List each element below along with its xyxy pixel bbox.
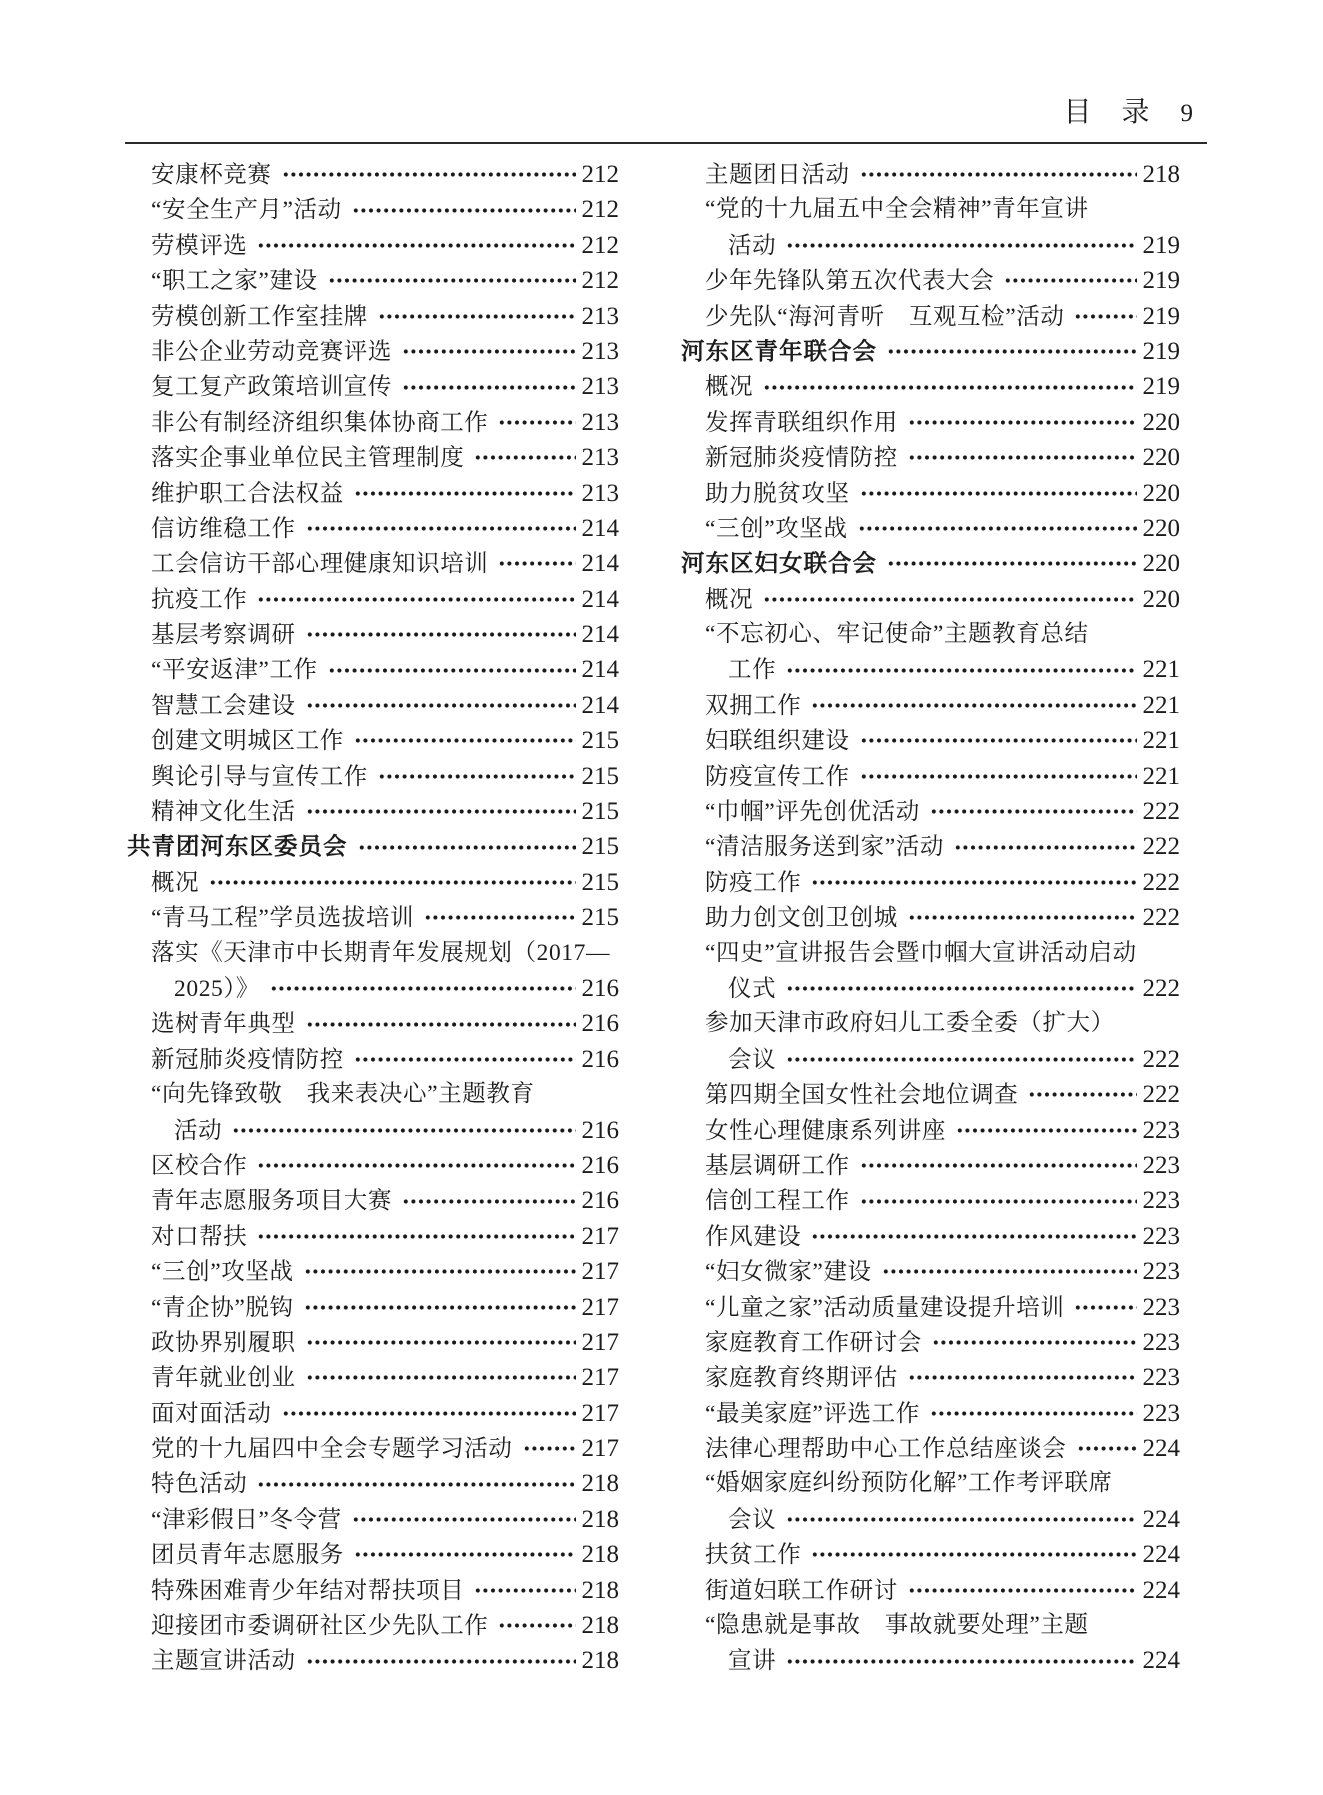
toc-entry-row: 第四期全国女性社会地位调查222 (681, 1077, 1180, 1112)
toc-entry-page-number: 218 (1143, 157, 1181, 192)
toc-entry-page-number: 216 (582, 1113, 620, 1148)
toc-entry-page-number: 222 (1143, 794, 1181, 829)
toc-entry-title: “青马工程”学员选拔培训 (151, 901, 414, 936)
dot-leader (786, 1515, 1136, 1524)
dot-leader (306, 701, 576, 710)
toc-entry-page-number: 223 (1143, 1183, 1181, 1218)
toc-entry-page-number: 223 (1143, 1148, 1181, 1183)
toc-entry-row: 劳模评选212 (127, 228, 619, 263)
toc-entry-title: 共青团河东区委员会 (127, 830, 348, 865)
toc-entry-title: 河东区妇女联合会 (681, 547, 877, 582)
toc-entry-page-number: 221 (1143, 759, 1181, 794)
toc-entry-row: “儿童之家”活动质量建设提升培训223 (681, 1290, 1180, 1325)
dot-leader (887, 559, 1137, 568)
dot-leader (763, 595, 1136, 604)
toc-entry-row: “最美家庭”评选工作223 (681, 1396, 1180, 1431)
dot-leader (306, 630, 576, 639)
toc-entry-title: 女性心理健康系列讲座 (705, 1114, 946, 1149)
toc-right-column: 主题团日活动218“党的十九届五中全会精神”青年宣讲活动219少年先锋队第五次代… (681, 157, 1180, 1679)
toc-entry-page-number: 215 (582, 829, 620, 864)
dot-leader (257, 241, 575, 250)
toc-entry-title: 会议 (728, 1503, 776, 1538)
toc-entry-title: 基层调研工作 (705, 1149, 850, 1184)
toc-entry-title: 街道妇联工作研讨 (705, 1574, 898, 1609)
toc-entry-title: 概况 (705, 370, 753, 405)
toc-entry-title: 非公企业劳动竞赛评选 (151, 335, 392, 370)
toc-entry-title: 双拥工作 (705, 689, 801, 724)
toc-entry-page-number: 213 (582, 440, 620, 475)
toc-entry-title: 家庭教育工作研讨会 (705, 1326, 922, 1361)
toc-entry-page-number: 217 (582, 1219, 620, 1254)
toc-entry-page-number: 221 (1143, 723, 1181, 758)
dot-leader (257, 1232, 575, 1241)
dot-leader (424, 913, 575, 922)
toc-entry-title: 舆论引导与宣传工作 (151, 760, 368, 795)
toc-entry-page-number: 215 (582, 759, 620, 794)
toc-entry-title: 活动 (174, 1114, 222, 1149)
dot-leader (474, 1586, 575, 1595)
running-header: 目 录 9 (1063, 90, 1193, 130)
toc-entry-row: 创建文明城区工作215 (127, 723, 619, 758)
toc-entry-page-number: 216 (582, 1148, 620, 1183)
toc-entry-page-number: 220 (1143, 546, 1181, 581)
dot-leader (378, 312, 576, 321)
toc-entry-row: 双拥工作221 (681, 688, 1180, 723)
toc-entry-row: 概况220 (681, 582, 1180, 617)
toc-entry-page-number: 216 (582, 1006, 620, 1041)
dot-leader (811, 701, 1136, 710)
dot-leader (858, 524, 1137, 533)
toc-entry-row: 宣讲224 (681, 1643, 1180, 1678)
toc-entry-row: 主题宣讲活动218 (127, 1643, 619, 1678)
toc-entry-title: 非公有制经济组织集体协商工作 (151, 406, 488, 441)
dot-leader (954, 843, 1137, 852)
dot-leader (358, 843, 576, 852)
dot-leader (1077, 1444, 1137, 1453)
toc-entry-page-number: 219 (1143, 369, 1181, 404)
toc-entry-row: 仪式222 (681, 971, 1180, 1006)
toc-entry-title: 助力脱贫攻坚 (705, 477, 850, 512)
toc-entry-row: “向先锋致敬 我来表决心”主题教育 (127, 1077, 619, 1112)
toc-entry-page-number: 215 (582, 794, 620, 829)
dot-leader (887, 347, 1137, 356)
dot-leader (908, 1586, 1137, 1595)
toc-entry-page-number: 224 (1143, 1573, 1181, 1608)
toc-entry-row: 活动216 (127, 1113, 619, 1148)
header-page-number: 9 (1181, 100, 1194, 128)
toc-entry-row: “三创”攻坚战220 (681, 511, 1180, 546)
toc-entry-title: 复工复产政策培训宣传 (151, 370, 392, 405)
toc-entry-row: 对口帮扶217 (127, 1219, 619, 1254)
toc-entry-title: 主题宣讲活动 (151, 1644, 296, 1679)
dot-leader (811, 1232, 1136, 1241)
toc-entry-page-number: 217 (582, 1431, 620, 1466)
dot-leader (1074, 312, 1136, 321)
toc-entry-title: 概况 (151, 866, 199, 901)
toc-entry-page-number: 223 (1143, 1360, 1181, 1395)
toc-entry-page-number: 223 (1143, 1254, 1181, 1289)
toc-entry-row: 女性心理健康系列讲座223 (681, 1113, 1180, 1148)
toc-entry-page-number: 217 (582, 1396, 620, 1431)
toc-entry-title: 抗疫工作 (151, 583, 247, 618)
toc-entry-title: “三创”攻坚战 (705, 512, 848, 547)
dot-leader (257, 1480, 575, 1489)
toc-entry-page-number: 220 (1143, 582, 1181, 617)
dot-leader (352, 206, 576, 215)
toc-entry-row: 非公有制经济组织集体协商工作213 (127, 405, 619, 440)
toc-entry-row: 会议224 (681, 1502, 1180, 1537)
toc-entry-row: 迎接团市委调研社区少先队工作218 (127, 1608, 619, 1643)
toc-entry-page-number: 224 (1143, 1431, 1181, 1466)
dot-leader (402, 1197, 576, 1206)
toc-entry-row: 安康杯竞赛212 (127, 157, 619, 192)
toc-entry-row: 新冠肺炎疫情防控216 (127, 1042, 619, 1077)
toc-entry-row: 基层考察调研214 (127, 617, 619, 652)
dot-leader (282, 170, 576, 179)
toc-entry-row: 舆论引导与宣传工作215 (127, 759, 619, 794)
dot-leader (328, 276, 576, 285)
toc-entry-title: 劳模评选 (151, 229, 247, 264)
toc-entry-page-number: 213 (582, 476, 620, 511)
toc-entry-page-number: 218 (582, 1573, 620, 1608)
toc-entry-row: “青企协”脱钩217 (127, 1290, 619, 1325)
toc-entry-page-number: 216 (582, 971, 620, 1006)
toc-entry-title: 工作 (728, 653, 776, 688)
toc-entry-title: “巾帼”评先创优活动 (705, 795, 920, 830)
toc-entry-title: 新冠肺炎疫情防控 (151, 1043, 344, 1078)
toc-entry-page-number: 216 (582, 1183, 620, 1218)
toc-entry-title: 助力创文创卫创城 (705, 901, 898, 936)
toc-entry-title: 河东区青年联合会 (681, 335, 877, 370)
dot-leader (306, 1338, 576, 1347)
dot-leader (860, 1197, 1137, 1206)
dot-leader (498, 1621, 575, 1630)
toc-entry-row: 青年志愿服务项目大赛216 (127, 1183, 619, 1218)
toc-entry-title: 党的十九届四中全会专题学习活动 (151, 1432, 513, 1467)
dot-leader (306, 807, 576, 816)
dot-leader (860, 772, 1137, 781)
toc-entry-title: 参加天津市政府妇儿工委全委（扩大） (705, 1006, 1115, 1041)
toc-entry-row: 政协界别履职217 (127, 1325, 619, 1360)
toc-entry-title: 基层考察调研 (151, 618, 296, 653)
dot-leader (763, 383, 1136, 392)
dot-leader (498, 559, 575, 568)
dot-leader (282, 1409, 576, 1418)
toc-entry-row: 妇联组织建设221 (681, 723, 1180, 758)
toc-entry-title: 政协界别履职 (151, 1326, 296, 1361)
toc-entry-page-number: 217 (582, 1254, 620, 1289)
toc-entry-page-number: 220 (1143, 440, 1181, 475)
dot-leader (930, 1409, 1137, 1418)
toc-entry-row: 信访维稳工作214 (127, 511, 619, 546)
toc-entry-title: “党的十九届五中全会精神”青年宣讲 (705, 192, 1089, 227)
toc-entry-title: 宣讲 (728, 1644, 776, 1679)
toc-entry-title: 妇联组织建设 (705, 724, 850, 759)
dot-leader (860, 736, 1137, 745)
toc-entry-page-number: 214 (582, 688, 620, 723)
toc-entry-page-number: 213 (582, 334, 620, 369)
toc-entry-page-number: 217 (582, 1290, 620, 1325)
toc-entry-title: 工会信访干部心理健康知识培训 (151, 547, 488, 582)
toc-entry-title: “职工之家”建设 (151, 264, 318, 299)
toc-entry-page-number: 212 (582, 157, 620, 192)
toc-entry-title: “三创”攻坚战 (151, 1255, 294, 1290)
toc-entry-page-number: 221 (1143, 652, 1181, 687)
dot-leader (908, 418, 1137, 427)
toc-entry-row: “巾帼”评先创优活动222 (681, 794, 1180, 829)
toc-entry-page-number: 212 (582, 228, 620, 263)
toc-entry-page-number: 218 (582, 1608, 620, 1643)
dot-leader (306, 1020, 576, 1029)
toc-entry-row: 助力脱贫攻坚220 (681, 476, 1180, 511)
toc-entry-page-number: 219 (1143, 263, 1181, 298)
toc-entry-row: 助力创文创卫创城222 (681, 900, 1180, 935)
toc-entry-row: “安全生产月”活动212 (127, 192, 619, 227)
toc-entry-row: 主题团日活动218 (681, 157, 1180, 192)
dot-leader (930, 807, 1137, 816)
toc-entry-page-number: 223 (1143, 1290, 1181, 1325)
toc-entry-page-number: 216 (582, 1042, 620, 1077)
header-title: 目 录 (1063, 90, 1150, 130)
dot-leader (786, 984, 1136, 993)
toc-entry-row: 2025）》216 (127, 971, 619, 1006)
toc-entry-title: 劳模创新工作室挂牌 (151, 300, 368, 335)
dot-leader (786, 1055, 1136, 1064)
dot-leader (498, 418, 575, 427)
toc-entry-title: “清洁服务送到家”活动 (705, 830, 944, 865)
toc-entry-title: 防疫宣传工作 (705, 760, 850, 795)
toc-entry-page-number: 218 (582, 1537, 620, 1572)
toc-entry-title: 对口帮扶 (151, 1220, 247, 1255)
toc-entry-title: “不忘初心、牢记使命”主题教育总结 (705, 617, 1089, 652)
toc-entry-title: 区校合作 (151, 1149, 247, 1184)
toc-entry-title: 2025）》 (174, 972, 260, 1007)
toc-entry-page-number: 217 (582, 1360, 620, 1395)
toc-entry-row: 智慧工会建设214 (127, 688, 619, 723)
toc-entry-title: 少年先锋队第五次代表大会 (705, 264, 994, 299)
toc-entry-row: 参加天津市政府妇儿工委全委（扩大） (681, 1006, 1180, 1041)
dot-leader (306, 524, 576, 533)
toc-entry-row: 工作221 (681, 652, 1180, 687)
toc-entry-page-number: 219 (1143, 334, 1181, 369)
toc-entry-page-number: 215 (582, 723, 620, 758)
dot-leader (354, 1055, 576, 1064)
dot-leader (474, 453, 575, 462)
toc-entry-row: 工会信访干部心理健康知识培训214 (127, 546, 619, 581)
toc-entry-row: 劳模创新工作室挂牌213 (127, 299, 619, 334)
toc-entry-page-number: 220 (1143, 476, 1181, 511)
toc-entry-page-number: 212 (582, 263, 620, 298)
toc-entry-title: 防疫工作 (705, 866, 801, 901)
toc-entry-page-number: 222 (1143, 829, 1181, 864)
toc-entry-page-number: 214 (582, 617, 620, 652)
toc-entry-row: 抗疫工作214 (127, 582, 619, 617)
toc-entry-title: 作风建设 (705, 1220, 801, 1255)
toc-entry-title: 创建文明城区工作 (151, 724, 344, 759)
toc-entry-title: “津彩假日”冬令营 (151, 1503, 342, 1538)
dot-leader (908, 453, 1137, 462)
toc-entry-title: 落实《天津市中长期青年发展规划（2017— (151, 936, 610, 971)
toc-entry-title: 特色活动 (151, 1467, 247, 1502)
dot-leader (306, 1373, 576, 1382)
toc-entry-row: 扶贫工作224 (681, 1537, 1180, 1572)
toc-entry-page-number: 212 (582, 192, 620, 227)
dot-leader (354, 1550, 576, 1559)
toc-entry-page-number: 213 (582, 369, 620, 404)
toc-entry-title: 家庭教育终期评估 (705, 1361, 898, 1396)
toc-entry-row: “不忘初心、牢记使命”主题教育总结 (681, 617, 1180, 652)
dot-leader (306, 1657, 576, 1666)
toc-left-column: 安康杯竞赛212“安全生产月”活动212劳模评选212“职工之家”建设212劳模… (127, 157, 619, 1679)
toc-section-row: 河东区妇女联合会220 (681, 546, 1180, 581)
toc-section-row: 河东区青年联合会219 (681, 334, 1180, 369)
toc-entry-row: 发挥青联组织作用220 (681, 405, 1180, 440)
dot-leader (882, 1267, 1137, 1276)
dot-leader (232, 1126, 575, 1135)
toc-entry-title: 概况 (705, 583, 753, 618)
toc-entry-row: 少先队“海河青听 互观互检”活动219 (681, 299, 1180, 334)
toc-entry-page-number: 221 (1143, 688, 1181, 723)
toc-entry-title: “向先锋致敬 我来表决心”主题教育 (151, 1077, 535, 1112)
toc-entry-page-number: 214 (582, 546, 620, 581)
toc-entry-page-number: 217 (582, 1325, 620, 1360)
toc-entry-row: 概况215 (127, 865, 619, 900)
toc-entry-page-number: 218 (582, 1502, 620, 1537)
toc-entry-title: 扶贫工作 (705, 1538, 801, 1573)
dot-leader (378, 772, 576, 781)
dot-leader (304, 1303, 576, 1312)
toc-entry-row: 少年先锋队第五次代表大会219 (681, 263, 1180, 298)
dot-leader (257, 595, 575, 604)
dot-leader (956, 1126, 1137, 1135)
toc-entry-row: 落实《天津市中长期青年发展规划（2017— (127, 936, 619, 971)
toc-entry-row: 面对面活动217 (127, 1396, 619, 1431)
toc-entry-title: 维护职工合法权益 (151, 477, 344, 512)
dot-leader (270, 984, 576, 993)
toc-entry-row: 团员青年志愿服务218 (127, 1537, 619, 1572)
toc-entry-row: 基层调研工作223 (681, 1148, 1180, 1183)
toc-entry-row: 特色活动218 (127, 1466, 619, 1501)
toc-entry-page-number: 213 (582, 299, 620, 334)
dot-leader (352, 1515, 576, 1524)
toc-entry-title: 法律心理帮助中心工作总结座谈会 (705, 1432, 1067, 1467)
toc-entry-title: “最美家庭”评选工作 (705, 1397, 920, 1432)
toc-entry-row: 特殊困难青少年结对帮扶项目218 (127, 1573, 619, 1608)
toc-entry-title: “平安返津”工作 (151, 653, 318, 688)
dot-leader (523, 1444, 576, 1453)
toc-entry-page-number: 222 (1143, 865, 1181, 900)
toc-entry-row: 党的十九届四中全会专题学习活动217 (127, 1431, 619, 1466)
toc-entry-row: “青马工程”学员选拔培训215 (127, 900, 619, 935)
toc-entry-page-number: 215 (582, 900, 620, 935)
toc-entry-page-number: 224 (1143, 1502, 1181, 1537)
toc-entry-row: 家庭教育工作研讨会223 (681, 1325, 1180, 1360)
toc-entry-page-number: 218 (582, 1466, 620, 1501)
toc-entry-row: “三创”攻坚战217 (127, 1254, 619, 1289)
dot-leader (932, 1338, 1137, 1347)
toc-entry-title: “青企协”脱钩 (151, 1291, 294, 1326)
toc-entry-title: 智慧工会建设 (151, 689, 296, 724)
toc-entry-row: 活动219 (681, 228, 1180, 263)
toc-entry-row: 青年就业创业217 (127, 1360, 619, 1395)
dot-leader (811, 1550, 1136, 1559)
toc-entry-title: 活动 (728, 229, 776, 264)
dot-leader (786, 666, 1136, 675)
toc-entry-row: 信创工程工作223 (681, 1183, 1180, 1218)
toc-entry-row: “清洁服务送到家”活动222 (681, 829, 1180, 864)
toc-entry-page-number: 222 (1143, 900, 1181, 935)
toc-entry-page-number: 220 (1143, 511, 1181, 546)
toc-entry-row: 家庭教育终期评估223 (681, 1360, 1180, 1395)
toc-entry-row: 新冠肺炎疫情防控220 (681, 440, 1180, 475)
toc-entry-title: 信访维稳工作 (151, 512, 296, 547)
toc-entry-row: “职工之家”建设212 (127, 263, 619, 298)
toc-entry-row: 精神文化生活215 (127, 794, 619, 829)
toc-entry-row: “平安返津”工作214 (127, 652, 619, 687)
dot-leader (860, 1161, 1137, 1170)
toc-entry-page-number: 218 (582, 1643, 620, 1678)
toc-entry-title: 安康杯竞赛 (151, 158, 272, 193)
toc-entry-row: 复工复产政策培训宣传213 (127, 369, 619, 404)
toc-entry-title: “儿童之家”活动质量建设提升培训 (705, 1291, 1064, 1326)
toc-entry-page-number: 223 (1143, 1113, 1181, 1148)
toc-entry-title: 选树青年典型 (151, 1007, 296, 1042)
dot-leader (811, 878, 1136, 887)
toc-entry-row: 选树青年典型216 (127, 1006, 619, 1041)
header-rule (125, 142, 1207, 144)
toc-entry-title: 特殊困难青少年结对帮扶项目 (151, 1574, 464, 1609)
toc-entry-page-number: 224 (1143, 1537, 1181, 1572)
toc-entry-row: 非公企业劳动竞赛评选213 (127, 334, 619, 369)
toc-entry-title: “安全生产月”活动 (151, 193, 342, 228)
toc-entry-title: 少先队“海河青听 互观互检”活动 (705, 300, 1064, 335)
dot-leader (257, 1161, 575, 1170)
toc-entry-title: 团员青年志愿服务 (151, 1538, 344, 1573)
dot-leader (908, 1373, 1137, 1382)
toc-entry-row: 维护职工合法权益213 (127, 476, 619, 511)
toc-entry-page-number: 223 (1143, 1325, 1181, 1360)
toc-entry-page-number: 213 (582, 405, 620, 440)
toc-entry-title: 精神文化生活 (151, 795, 296, 830)
dot-leader (402, 383, 576, 392)
toc-entry-title: “婚姻家庭纠纷预防化解”工作考评联席 (705, 1466, 1113, 1501)
toc-entry-page-number: 223 (1143, 1219, 1181, 1254)
toc-entry-title: 主题团日活动 (705, 158, 850, 193)
toc-entry-title: 落实企事业单位民主管理制度 (151, 441, 464, 476)
toc-section-row: 共青团河东区委员会215 (127, 829, 619, 864)
dot-leader (354, 736, 576, 745)
toc-entry-row: “津彩假日”冬令营218 (127, 1502, 619, 1537)
dot-leader (860, 489, 1137, 498)
toc-entry-title: 迎接团市委调研社区少先队工作 (151, 1609, 488, 1644)
toc-entry-title: 会议 (728, 1043, 776, 1078)
toc-entry-page-number: 224 (1143, 1643, 1181, 1678)
toc-entry-title: 第四期全国女性社会地位调查 (705, 1078, 1018, 1113)
toc-entry-row: “四史”宣讲报告会暨巾帼大宣讲活动启动 (681, 936, 1180, 971)
toc-entry-row: 会议222 (681, 1042, 1180, 1077)
toc-entry-page-number: 214 (582, 652, 620, 687)
toc-entry-title: “隐患就是事故 事故就要处理”主题 (705, 1608, 1089, 1643)
dot-leader (786, 1657, 1136, 1666)
toc-entry-row: 概况219 (681, 369, 1180, 404)
toc-entry-row: 作风建设223 (681, 1219, 1180, 1254)
toc-entry-title: 仪式 (728, 972, 776, 1007)
toc-entry-row: 区校合作216 (127, 1148, 619, 1183)
toc-page: 目 录 9 安康杯竞赛212“安全生产月”活动212劳模评选212“职工之家”建… (0, 0, 1323, 1795)
dot-leader (1028, 1090, 1136, 1099)
toc-entry-row: 法律心理帮助中心工作总结座谈会224 (681, 1431, 1180, 1466)
dot-leader (1004, 276, 1136, 285)
